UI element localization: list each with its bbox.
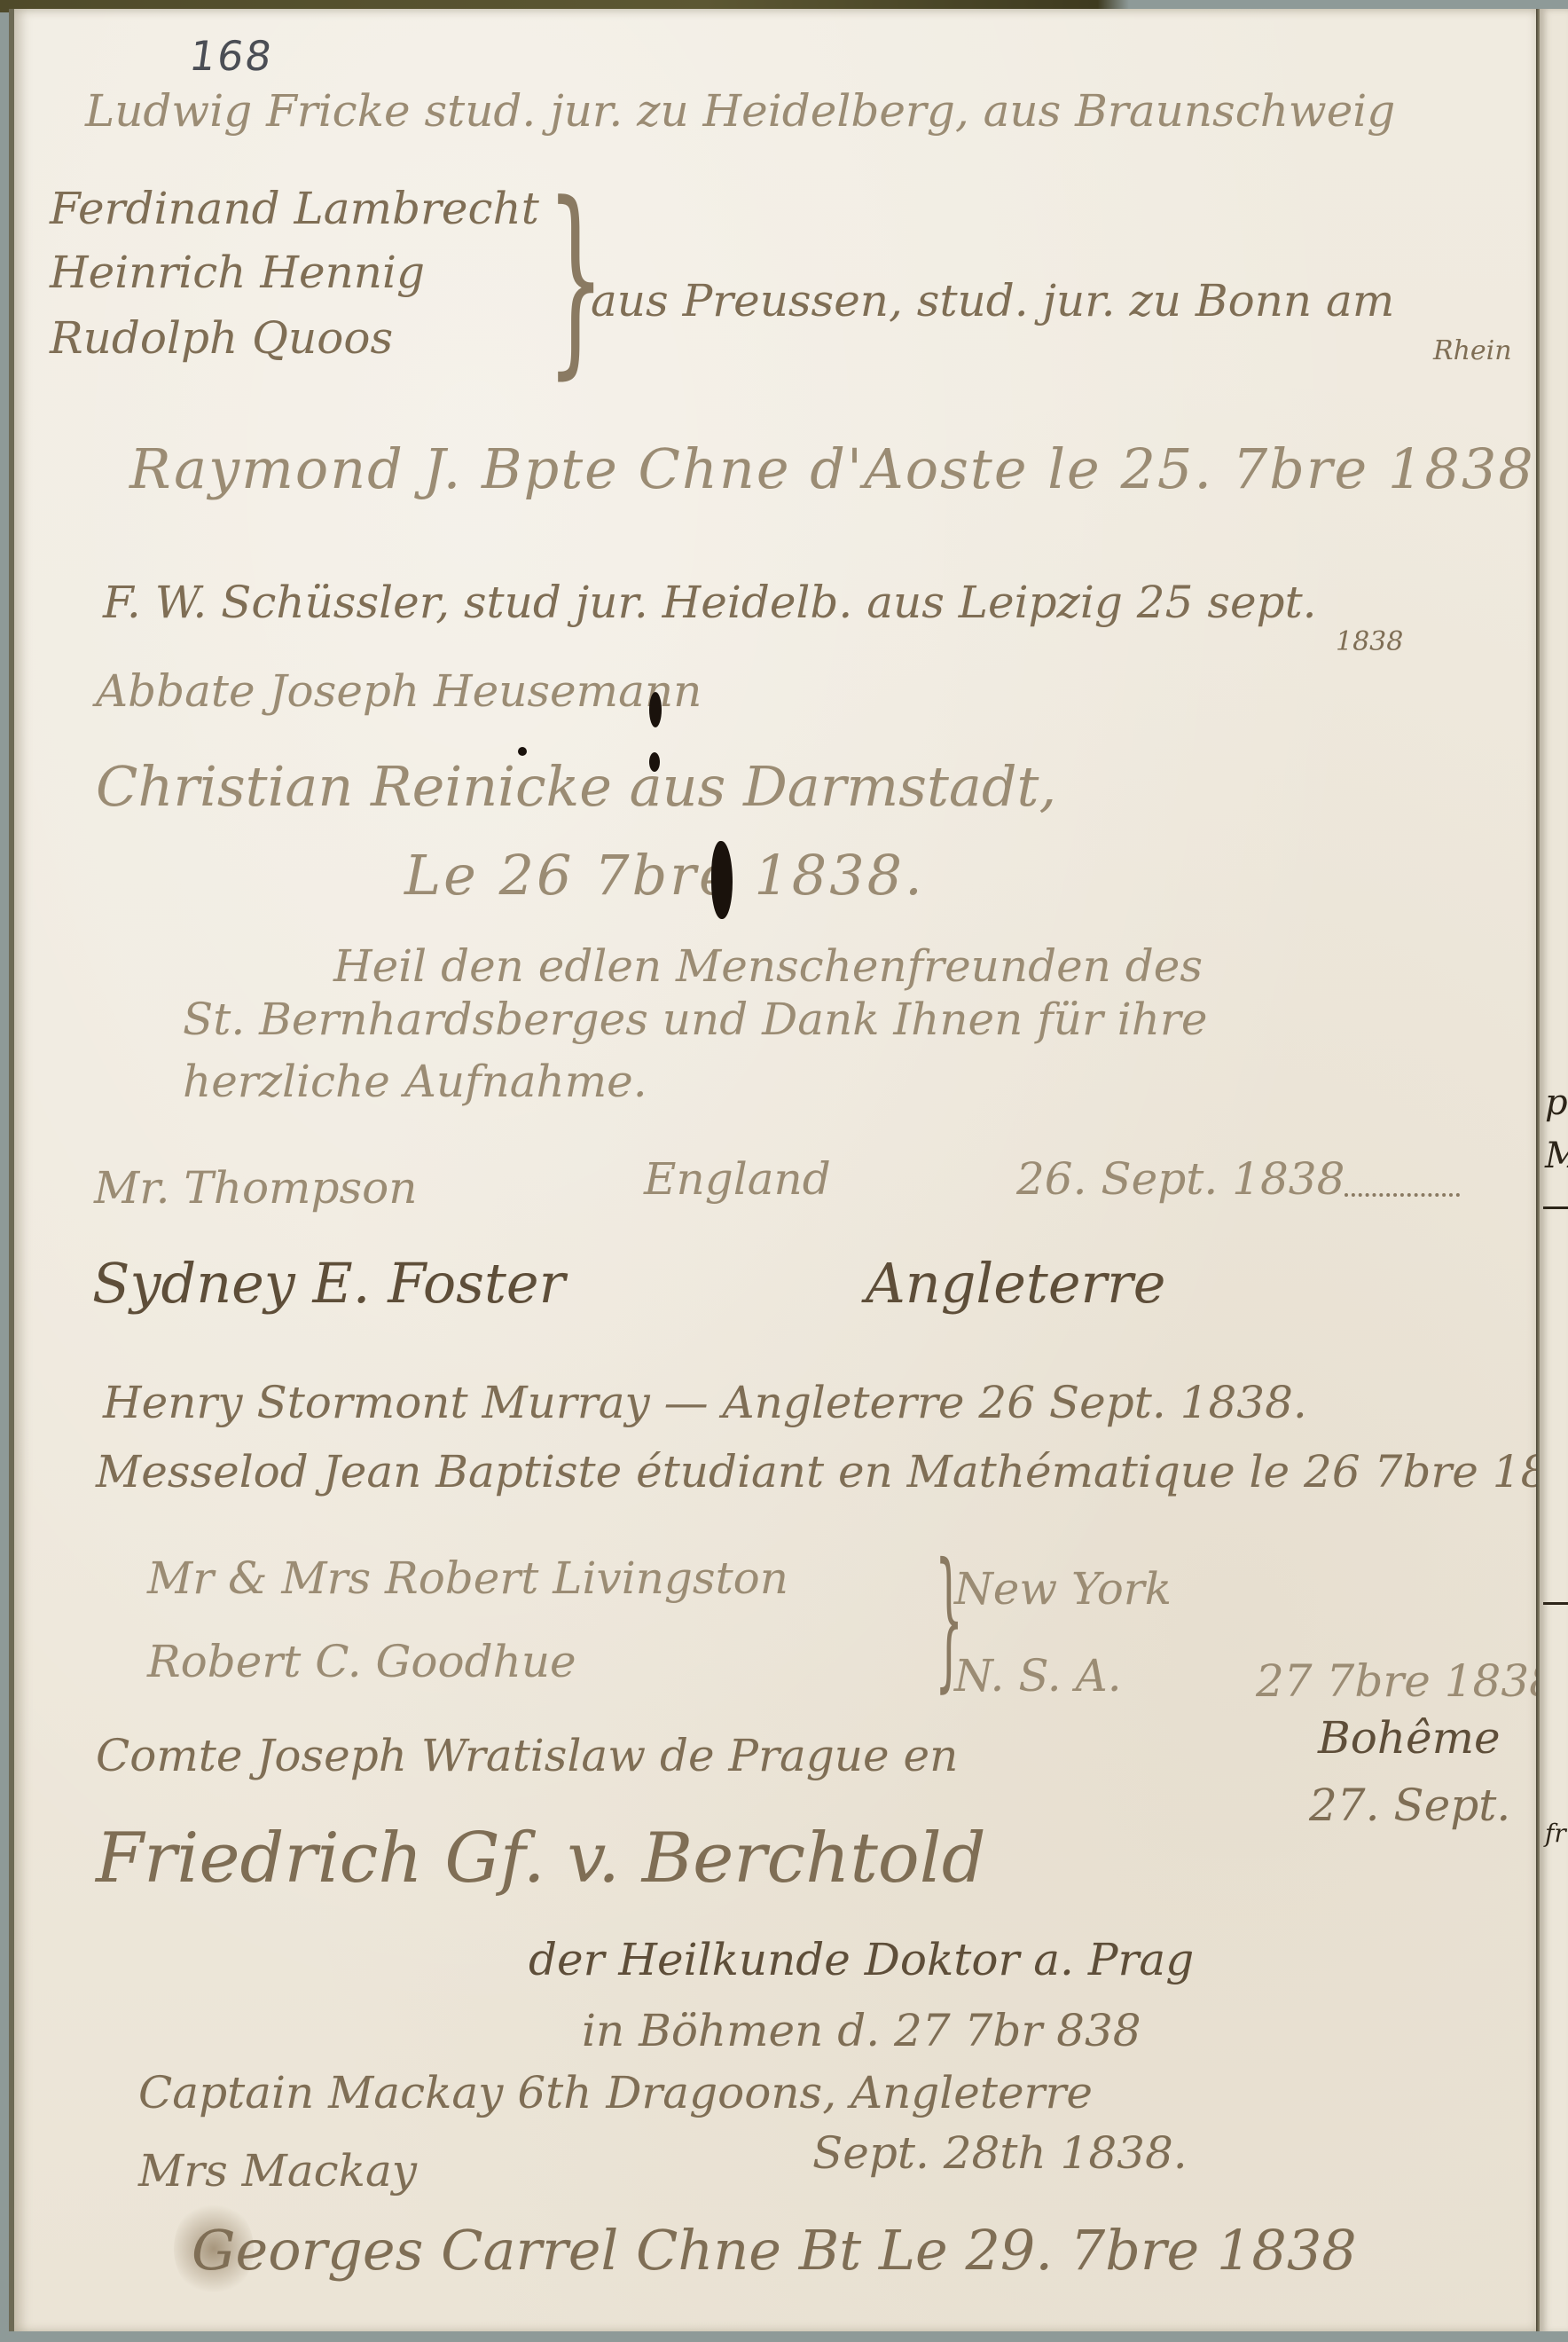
entry-thompson-date: 26. Sept. 1838 — [1016, 1153, 1345, 1205]
entry-mackay-name2: Mrs Mackay — [138, 2145, 417, 2197]
entry-christian: Christian Reinicke aus Darmstadt, — [96, 754, 1056, 819]
entry-goodhue-name: Robert C. Goodhue — [147, 1636, 576, 1687]
ink-blot — [518, 747, 527, 756]
entry-wratislaw: Comte Joseph Wratislaw de Prague en — [96, 1730, 958, 1781]
entry-name-hennig: Heinrich Hennig — [50, 247, 425, 298]
entry-abbate: Abbate Joseph Heusemann — [96, 665, 702, 717]
entry-bonn-note: aus Preussen, stud. jur. zu Bonn am — [591, 275, 1394, 326]
page-number: 168 — [186, 32, 276, 80]
ink-blot — [649, 752, 660, 772]
entry-murray: Henry Stormont Murray — Angleterre 26 Se… — [103, 1377, 1307, 1428]
entry-mackay-date: Sept. 28th 1838. — [812, 2127, 1188, 2179]
adjacent-fragment: pr — [1545, 1082, 1568, 1123]
book-binding-bottom — [0, 2331, 1568, 2342]
entry-thompson-name: Mr. Thompson — [94, 1162, 417, 1214]
dotted-leader — [1345, 1193, 1460, 1197]
adjacent-rule — [1543, 1206, 1568, 1209]
entry-mackay-line1: Captain Mackay 6th Dragoons, Angleterre — [138, 2067, 1093, 2118]
entry-wratislaw-place: Bohême — [1318, 1712, 1501, 1764]
entry-berchtold-line3: in Böhmen d. 27 7br 838 — [582, 2005, 1141, 2056]
entry-livingston-date: 27 7bre 1838 — [1256, 1655, 1557, 1707]
entry-foster-place: Angleterre — [866, 1251, 1166, 1316]
entry-livingston-place-2: N. S. A. — [954, 1650, 1122, 1701]
adjacent-page-edge: pr M fr — [1540, 9, 1568, 2333]
entry-livingston-place-1: New York — [954, 1563, 1172, 1615]
ink-blot — [649, 692, 662, 727]
entry-carrel: Georges Carrel Chne Bt Le 29. 7bre 1838 — [192, 2218, 1357, 2283]
entry-christian-message-1: Heil den edlen Menschenfreunden des — [333, 940, 1203, 992]
entry-thompson-place: England — [644, 1153, 831, 1205]
entry-christian-date: Le 26 7bre 1838. — [404, 843, 925, 908]
entry-christian-message-2: St. Bernhardsberges und Dank Ihnen für i… — [183, 994, 1207, 1045]
entry-name-quoos: Rudolph Quoos — [50, 312, 393, 364]
entry-schussler: F. W. Schüssler, stud jur. Heidelb. aus … — [103, 577, 1317, 628]
entry-bonn-note-end: Rhein — [1433, 335, 1512, 366]
register-page: 168 Ludwig Fricke stud. jur. zu Heidelbe… — [9, 9, 1541, 2333]
adjacent-fragment: M — [1545, 1136, 1568, 1176]
entry-schussler-year: 1838 — [1336, 626, 1403, 657]
entry-berchtold-line2: der Heilkunde Doktor a. Prag — [529, 1934, 1194, 1985]
entry-christian-message-3: herzliche Aufnahme. — [183, 1056, 647, 1107]
entry-wratislaw-date: 27. Sept. — [1309, 1780, 1510, 1831]
entry-name-lambrecht: Ferdinand Lambrecht — [50, 183, 539, 234]
entry-fricke: Ludwig Fricke stud. jur. zu Heidelberg, … — [85, 85, 1395, 137]
ink-blot — [711, 841, 733, 919]
entry-messelod: Messelod Jean Baptiste étudiant en Mathé… — [96, 1446, 1568, 1497]
entry-livingston-name: Mr & Mrs Robert Livingston — [147, 1552, 788, 1604]
adjacent-rule — [1543, 1602, 1568, 1605]
entry-raymond: Raymond J. Bpte Chne d'Aoste le 25. 7bre… — [129, 436, 1554, 501]
adjacent-fragment: fr — [1545, 1819, 1566, 1848]
entry-berchtold-line1: Friedrich Gf. v. Berchtold — [96, 1819, 986, 1898]
entry-foster-name: Sydney E. Foster — [92, 1251, 565, 1316]
